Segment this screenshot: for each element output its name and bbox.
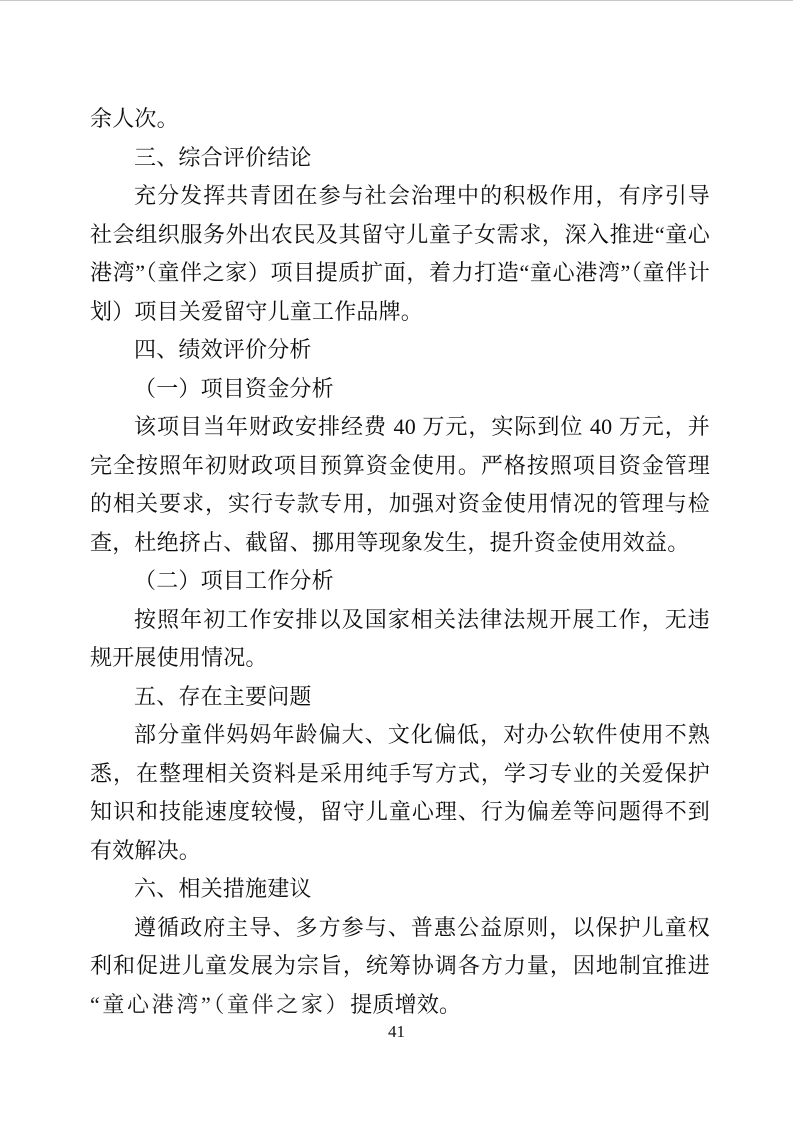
body-paragraph-conclusion: 充分发挥共青团在参与社会治理中的积极作用，有序引导社会组织服务外出农民及其留守儿… bbox=[90, 177, 710, 331]
page-number: 41 bbox=[0, 1022, 793, 1042]
body-paragraph-suggestions: 遵循政府主导、多方参与、普惠公益原则，以保护儿童权利和促进儿童发展为宗旨，统筹协… bbox=[90, 909, 710, 1025]
section-heading-conclusion: 三、综合评价结论 bbox=[90, 139, 710, 178]
body-paragraph-work-analysis: 按照年初工作安排以及国家相关法律法规开展工作，无违规开展使用情况。 bbox=[90, 601, 710, 678]
section-heading-main-problems: 五、存在主要问题 bbox=[90, 678, 710, 717]
text-segment-body: 遵循政府主导、多方参与、普惠公益原则，以保护儿童权利和促进儿童发展为宗旨，统筹协… bbox=[90, 915, 710, 979]
section-heading-suggestions: 六、相关措施建议 bbox=[90, 870, 710, 909]
section-heading-performance-analysis: 四、绩效评价分析 bbox=[90, 331, 710, 370]
sub-heading-fund-analysis: （一）项目资金分析 bbox=[90, 370, 710, 409]
body-paragraph-main-problems: 部分童伴妈妈年龄偏大、文化偏低，对办公软件使用不熟悉，在整理相关资料是采用纯手写… bbox=[90, 716, 710, 870]
text-segment-body: 提质增效。 bbox=[350, 992, 461, 1017]
document-page: 余人次。 三、综合评价结论 充分发挥共青团在参与社会治理中的积极作用，有序引导社… bbox=[0, 0, 793, 1122]
text-segment-kai: “童心港湾”（童伴之家） bbox=[90, 992, 350, 1017]
paragraph-continuation: 余人次。 bbox=[90, 100, 710, 139]
document-content: 余人次。 三、综合评价结论 充分发挥共青团在参与社会治理中的积极作用，有序引导社… bbox=[90, 100, 710, 1024]
sub-heading-work-analysis: （二）项目工作分析 bbox=[90, 562, 710, 601]
body-paragraph-fund-analysis: 该项目当年财政安排经费 40 万元，实际到位 40 万元，并完全按照年初财政项目… bbox=[90, 408, 710, 562]
